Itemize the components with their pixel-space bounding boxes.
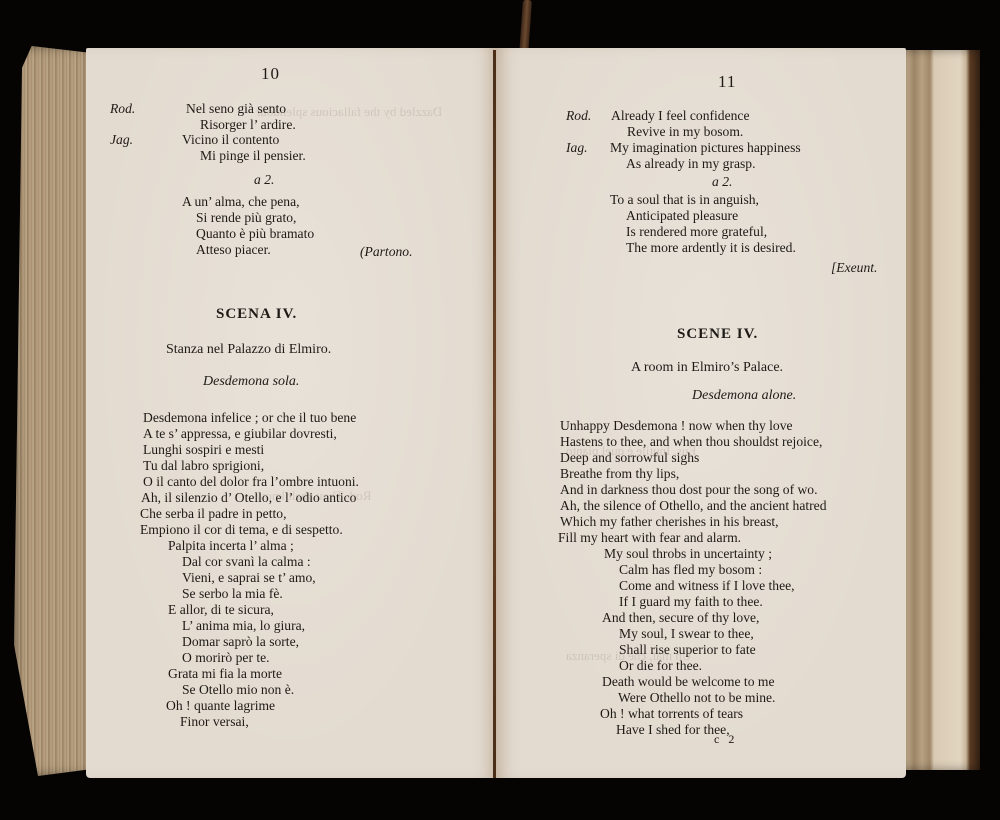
show-through-text: Rod. Thou shalt know bbox=[256, 488, 371, 504]
verse-line: Se serbo la mia fè. bbox=[182, 586, 283, 602]
page-number: 10 bbox=[261, 64, 280, 84]
verse-line: Oh ! quante lagrime bbox=[166, 698, 275, 714]
speaker-label: Rod. bbox=[566, 108, 591, 124]
right-page: 11 Rod. Already I feel confidence Revive… bbox=[496, 48, 906, 778]
verse-line: My soul, I swear to thee, bbox=[619, 626, 754, 642]
verse-line: E allor, di te sicura, bbox=[168, 602, 274, 618]
verse-line: Death would be welcome to me bbox=[602, 674, 775, 690]
verse-line: And then, secure of thy love, bbox=[602, 610, 759, 626]
scene-title: SCENA IV. bbox=[216, 306, 297, 323]
verse-line: Unhappy Desdemona ! now when thy love bbox=[560, 418, 793, 434]
verse-line: And in darkness thou dost pour the song … bbox=[560, 482, 818, 498]
verse-line: A un’ alma, che pena, bbox=[182, 194, 300, 210]
scene-title: SCENE IV. bbox=[677, 326, 758, 343]
verse-line: Mi pinge il pensier. bbox=[200, 148, 306, 164]
verse-line: Were Othello not to be mine. bbox=[618, 690, 775, 706]
verse-line: Calm has fled my bosom : bbox=[619, 562, 762, 578]
left-page: 10 Rod. Nel seno già sento Risorger l’ a… bbox=[86, 48, 496, 778]
verse-line: Oh ! what torrents of tears bbox=[600, 706, 743, 722]
verse-line: Ah, the silence of Othello, and the anci… bbox=[560, 498, 827, 514]
verse-line: Si rende più grato, bbox=[196, 210, 296, 226]
speaker-label: Rod. bbox=[110, 101, 135, 117]
show-through-text: Dazzled by the fallacious splendour bbox=[256, 104, 442, 120]
page-number: 11 bbox=[718, 72, 736, 92]
verse-line: Dal cor svanì la calma : bbox=[182, 554, 311, 570]
verse-line: Che serba il padre in petto, bbox=[140, 506, 286, 522]
scene-setting: A room in Elmiro’s Palace. bbox=[631, 360, 783, 376]
verse-line: Domar saprò la sorte, bbox=[182, 634, 299, 650]
verse-line: Already I feel confidence bbox=[611, 108, 750, 124]
show-through-text: Un mal, che di speranza bbox=[566, 648, 691, 664]
verse-line: The more ardently it is desired. bbox=[626, 240, 796, 256]
verse-line: Atteso piacer. bbox=[196, 242, 271, 258]
verse-line: My imagination pictures happiness bbox=[610, 140, 801, 156]
verse-line: Which my father cherishes in his breast, bbox=[560, 514, 779, 530]
verse-line: Is rendered more grateful, bbox=[626, 224, 767, 240]
verse-line: Anticipated pleasure bbox=[626, 208, 738, 224]
scene-character: Desdemona sola. bbox=[203, 374, 299, 390]
right-page-block-edge bbox=[900, 50, 980, 770]
verse-line: Tu dal labro sprigioni, bbox=[143, 458, 264, 474]
stage-direction: [Exeunt. bbox=[831, 260, 877, 276]
duet-label: a 2. bbox=[712, 174, 732, 190]
verse-line: If I guard my faith to thee. bbox=[619, 594, 763, 610]
verse-line: Come and witness if I love thee, bbox=[619, 578, 795, 594]
verse-line: Empiono il cor di tema, e di sespetto. bbox=[140, 522, 343, 538]
verse-line: As already in my grasp. bbox=[626, 156, 756, 172]
verse-line: To a soul that is in anguish, bbox=[610, 192, 759, 208]
signature-mark: c 2 bbox=[714, 732, 737, 747]
verse-line: Revive in my bosom. bbox=[627, 124, 743, 140]
duet-label: a 2. bbox=[254, 172, 274, 188]
verse-line: O morirò per te. bbox=[182, 650, 270, 666]
scene-setting: Stanza nel Palazzo di Elmiro. bbox=[166, 342, 331, 358]
speaker-label: Jag. bbox=[110, 132, 133, 148]
verse-line: Quanto è più bramato bbox=[196, 226, 314, 242]
scene-character: Desdemona alone. bbox=[692, 388, 796, 404]
verse-line: Have I shed for thee, bbox=[616, 722, 730, 738]
show-through-text: Eus. Inutile è quel pianto bbox=[566, 443, 696, 459]
verse-line: Se Otello mio non è. bbox=[182, 682, 294, 698]
verse-line: Vieni, e saprai se t’ amo, bbox=[182, 570, 316, 586]
verse-line: A te s’ appressa, e giubilar dovresti, bbox=[143, 426, 337, 442]
verse-line: Lunghi sospiri e mesti bbox=[143, 442, 264, 458]
verse-line: Vicino il contento bbox=[182, 132, 279, 148]
verse-line: Palpita incerta l’ alma ; bbox=[168, 538, 294, 554]
left-page-block-edge bbox=[14, 46, 94, 776]
verse-line: Fill my heart with fear and alarm. bbox=[558, 530, 741, 546]
speaker-label: Iag. bbox=[566, 140, 588, 156]
verse-line: Grata mi fia la morte bbox=[168, 666, 282, 682]
verse-line: Desdemona infelice ; or che il tuo bene bbox=[143, 410, 356, 426]
verse-line: My soul throbs in uncertainty ; bbox=[604, 546, 772, 562]
stage-direction: (Partono. bbox=[360, 244, 412, 260]
verse-line: L’ anima mia, lo giura, bbox=[182, 618, 305, 634]
verse-line: Breathe from thy lips, bbox=[560, 466, 679, 482]
verse-line: Finor versai, bbox=[180, 714, 249, 730]
